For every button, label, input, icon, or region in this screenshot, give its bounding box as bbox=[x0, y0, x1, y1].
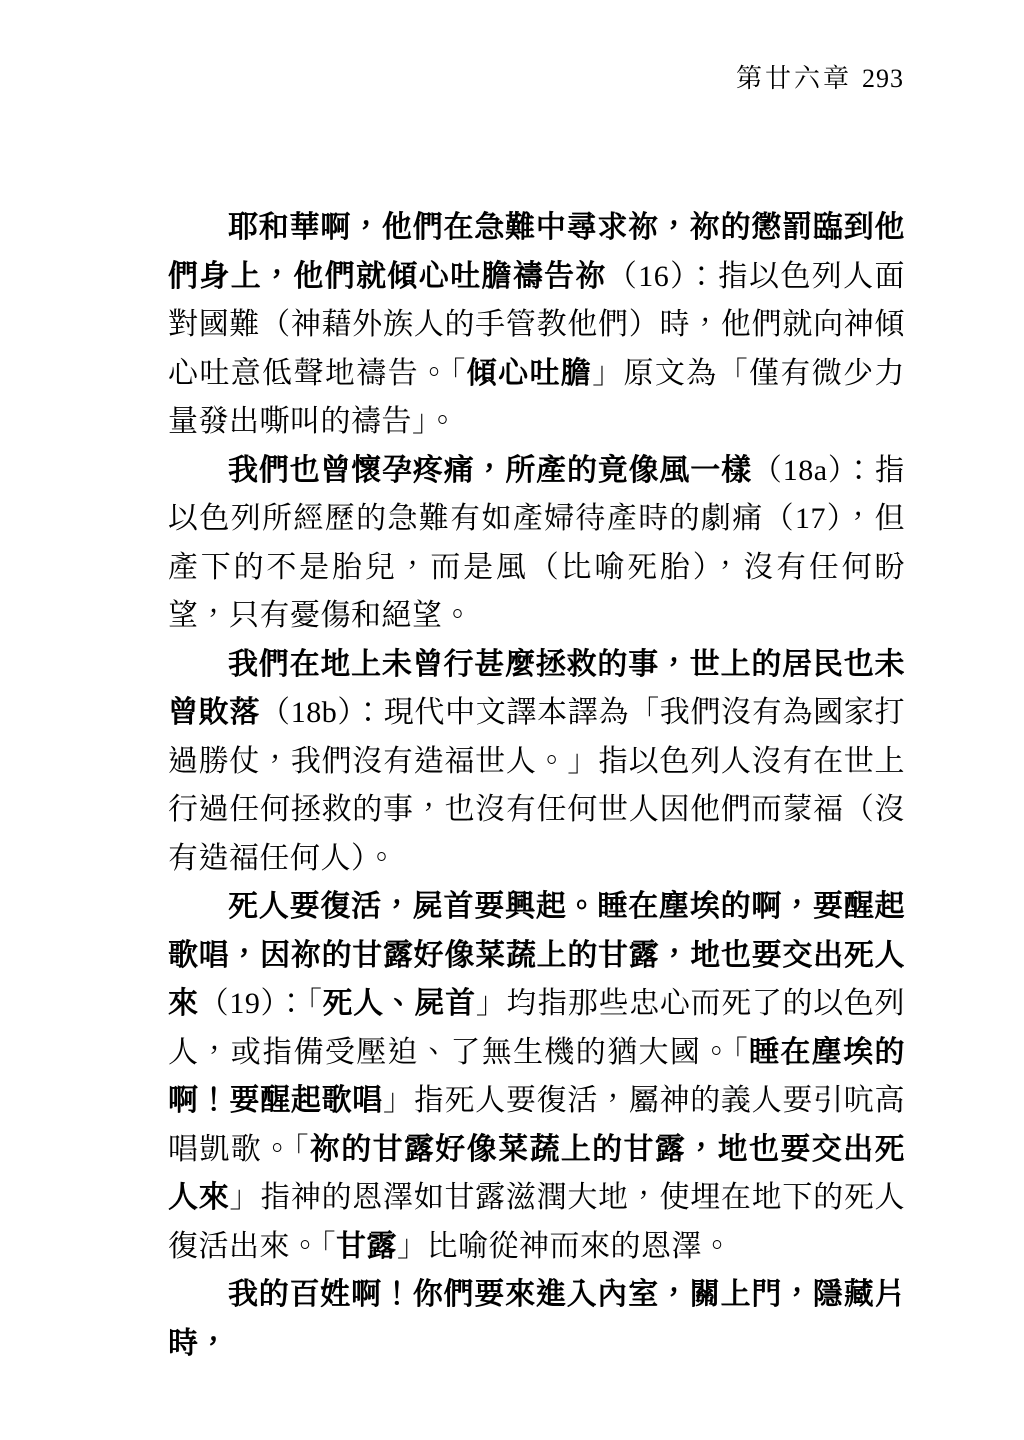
paragraph: 我的百姓啊！你們要來進入內室，關上門，隱藏片時， bbox=[168, 1271, 905, 1368]
verse-text-run: 我的百姓啊！你們要來進入內室，關上門，隱藏片時， bbox=[168, 1278, 905, 1360]
verse-text-run: 傾心吐膽 bbox=[467, 357, 592, 390]
verse-text-run: 甘露 bbox=[336, 1230, 397, 1263]
paragraph: 耶和華啊，他們在急難中尋求祢，祢的懲罰臨到他們身上，他們就傾心吐膽禱告祢（16）… bbox=[168, 204, 905, 447]
paragraph: 我們也曾懷孕疼痛，所產的竟像風一樣（18a）：指以色列所經歷的急難有如產婦待產時… bbox=[168, 447, 905, 641]
chapter-title: 第廿六章 bbox=[736, 64, 852, 93]
paragraph: 我們在地上未曾行甚麼拯救的事，世上的居民也未曾敗落（18b）：現代中文譯本譯為「… bbox=[168, 641, 905, 884]
book-page: 第廿六章293 耶和華啊，他們在急難中尋求祢，祢的懲罰臨到他們身上，他們就傾心吐… bbox=[0, 0, 1024, 1440]
commentary-text-run: （18b）：現代中文譯本譯為「我們沒有為國家打過勝仗，我們沒有造福世人。」指以色… bbox=[168, 696, 905, 875]
body-text: 耶和華啊，他們在急難中尋求祢，祢的懲罰臨到他們身上，他們就傾心吐膽禱告祢（16）… bbox=[168, 204, 905, 1368]
page-number: 293 bbox=[862, 64, 904, 93]
verse-text-run: 死人、屍首 bbox=[323, 987, 476, 1020]
verse-text-run: 我們也曾懷孕疼痛，所產的竟像風一樣 bbox=[228, 454, 752, 487]
running-head: 第廿六章293 bbox=[736, 63, 904, 95]
commentary-text-run: （19）：「 bbox=[199, 987, 323, 1020]
paragraph: 死人要復活，屍首要興起。睡在塵埃的啊，要醒起歌唱，因祢的甘露好像菜蔬上的甘露，地… bbox=[168, 883, 905, 1271]
commentary-text-run: 」比喻從神而來的恩澤。 bbox=[397, 1230, 733, 1263]
